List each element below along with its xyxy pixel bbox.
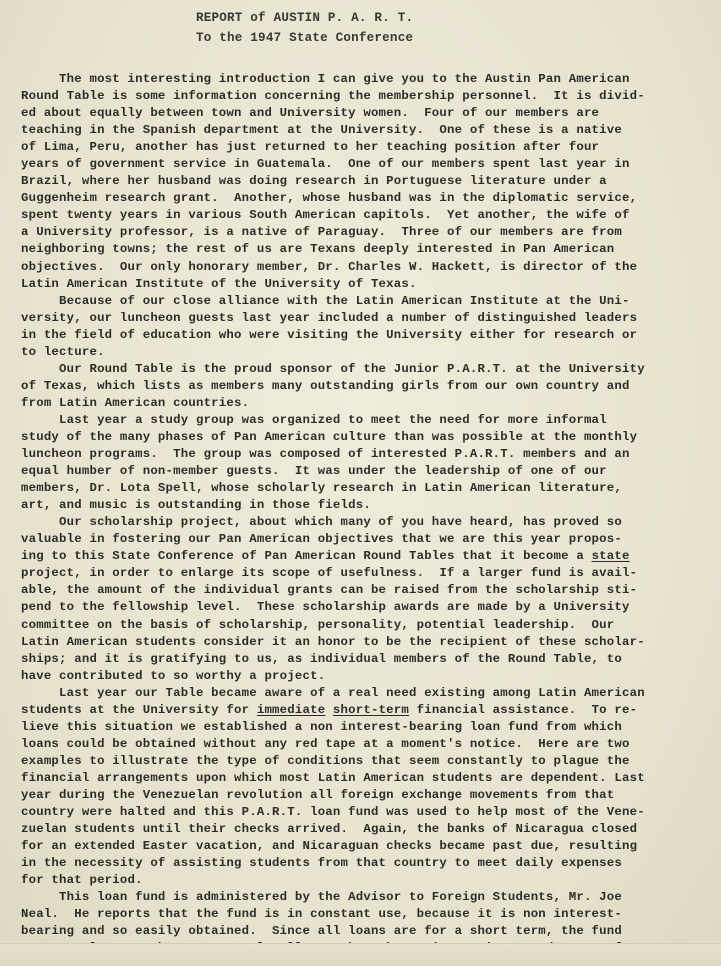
text-line: Neal. He reports that the fund is in con… bbox=[21, 906, 711, 923]
text-line: ed about equally between town and Univer… bbox=[21, 105, 711, 122]
text-line: ing to this State Conference of Pan Amer… bbox=[21, 548, 711, 565]
text-line: study of the many phases of Pan American… bbox=[21, 429, 711, 446]
text-line: committee on the basis of scholarship, p… bbox=[21, 617, 711, 634]
text-line: in the necessity of assisting students f… bbox=[21, 855, 711, 872]
text-line: members, Dr. Lota Spell, whose scholarly… bbox=[21, 480, 711, 497]
text-line: Our scholarship project, about which man… bbox=[21, 514, 711, 531]
text-line: The most interesting introduction I can … bbox=[21, 71, 711, 88]
text-line: Round Table is some information concerni… bbox=[21, 88, 711, 105]
text-line: valuable in fostering our Pan American o… bbox=[21, 531, 711, 548]
text-line: pend to the fellowship level. These scho… bbox=[21, 599, 711, 616]
text-line: This loan fund is administered by the Ad… bbox=[21, 889, 711, 906]
report-body: The most interesting introduction I can … bbox=[21, 71, 711, 957]
underlined-word: short-term bbox=[333, 703, 409, 717]
text-line: art, and music is outstanding in those f… bbox=[21, 497, 711, 514]
text-line: a University professor, is a native of P… bbox=[21, 224, 711, 241]
text-line: ships; and it is gratifying to us, as in… bbox=[21, 651, 711, 668]
text-line: Because of our close alliance with the L… bbox=[21, 293, 711, 310]
text-line: have contributed to so worthy a project. bbox=[21, 668, 711, 685]
text-line: years of government service in Guatemala… bbox=[21, 156, 711, 173]
text-line: for an extended Easter vacation, and Nic… bbox=[21, 838, 711, 855]
text-line: spent twenty years in various South Amer… bbox=[21, 207, 711, 224]
text-line: students at the University for immediate… bbox=[21, 702, 711, 719]
text-line: able, the amount of the individual grant… bbox=[21, 582, 711, 599]
text-line: project, in order to enlarge its scope o… bbox=[21, 565, 711, 582]
text-line: from Latin American countries. bbox=[21, 395, 711, 412]
text-line: equal humber of non-member guests. It wa… bbox=[21, 463, 711, 480]
text-line: luncheon programs. The group was compose… bbox=[21, 446, 711, 463]
text-line: Last year a study group was organized to… bbox=[21, 412, 711, 429]
text-line: Latin American students consider it an h… bbox=[21, 634, 711, 651]
text-line: bearing and so easily obtained. Since al… bbox=[21, 923, 711, 940]
text-line: Our Round Table is the proud sponsor of … bbox=[21, 361, 711, 378]
text-line: for that period. bbox=[21, 872, 711, 889]
text-line: Guggenheim research grant. Another, whos… bbox=[21, 190, 711, 207]
text-line: of Texas, which lists as members many ou… bbox=[21, 378, 711, 395]
report-heading: REPORT of AUSTIN P. A. R. T. To the 1947… bbox=[196, 8, 413, 48]
text-line: loans could be obtained without any red … bbox=[21, 736, 711, 753]
text-line: zuelan students until their checks arriv… bbox=[21, 821, 711, 838]
text-line: financial arrangements upon which most L… bbox=[21, 770, 711, 787]
typed-report-page: REPORT of AUSTIN P. A. R. T. To the 1947… bbox=[0, 0, 721, 966]
text-line: Brazil, where her husband was doing rese… bbox=[21, 173, 711, 190]
text-line: in the field of education who were visit… bbox=[21, 327, 711, 344]
underlined-word: state bbox=[592, 549, 630, 563]
text-line: of Lima, Peru, another has just returned… bbox=[21, 139, 711, 156]
text-line: versity, our luncheon guests last year i… bbox=[21, 310, 711, 327]
report-title: REPORT of AUSTIN P. A. R. T. bbox=[196, 8, 413, 28]
text-line: examples to illustrate the type of condi… bbox=[21, 753, 711, 770]
text-line: country were halted and this P.A.R.T. lo… bbox=[21, 804, 711, 821]
text-line: year during the Venezuelan revolution al… bbox=[21, 787, 711, 804]
text-line: teaching in the Spanish department at th… bbox=[21, 122, 711, 139]
report-subtitle: To the 1947 State Conference bbox=[196, 28, 413, 48]
paper-bottom-edge bbox=[0, 943, 721, 966]
text-line: neighboring towns; the rest of us are Te… bbox=[21, 241, 711, 258]
text-line: Last year our Table became aware of a re… bbox=[21, 685, 711, 702]
text-line: objectives. Our only honorary member, Dr… bbox=[21, 259, 711, 276]
text-line: Latin American Institute of the Universi… bbox=[21, 276, 711, 293]
text-line: to lecture. bbox=[21, 344, 711, 361]
text-line: lieve this situation we established a no… bbox=[21, 719, 711, 736]
underlined-word: immediate bbox=[257, 703, 325, 717]
